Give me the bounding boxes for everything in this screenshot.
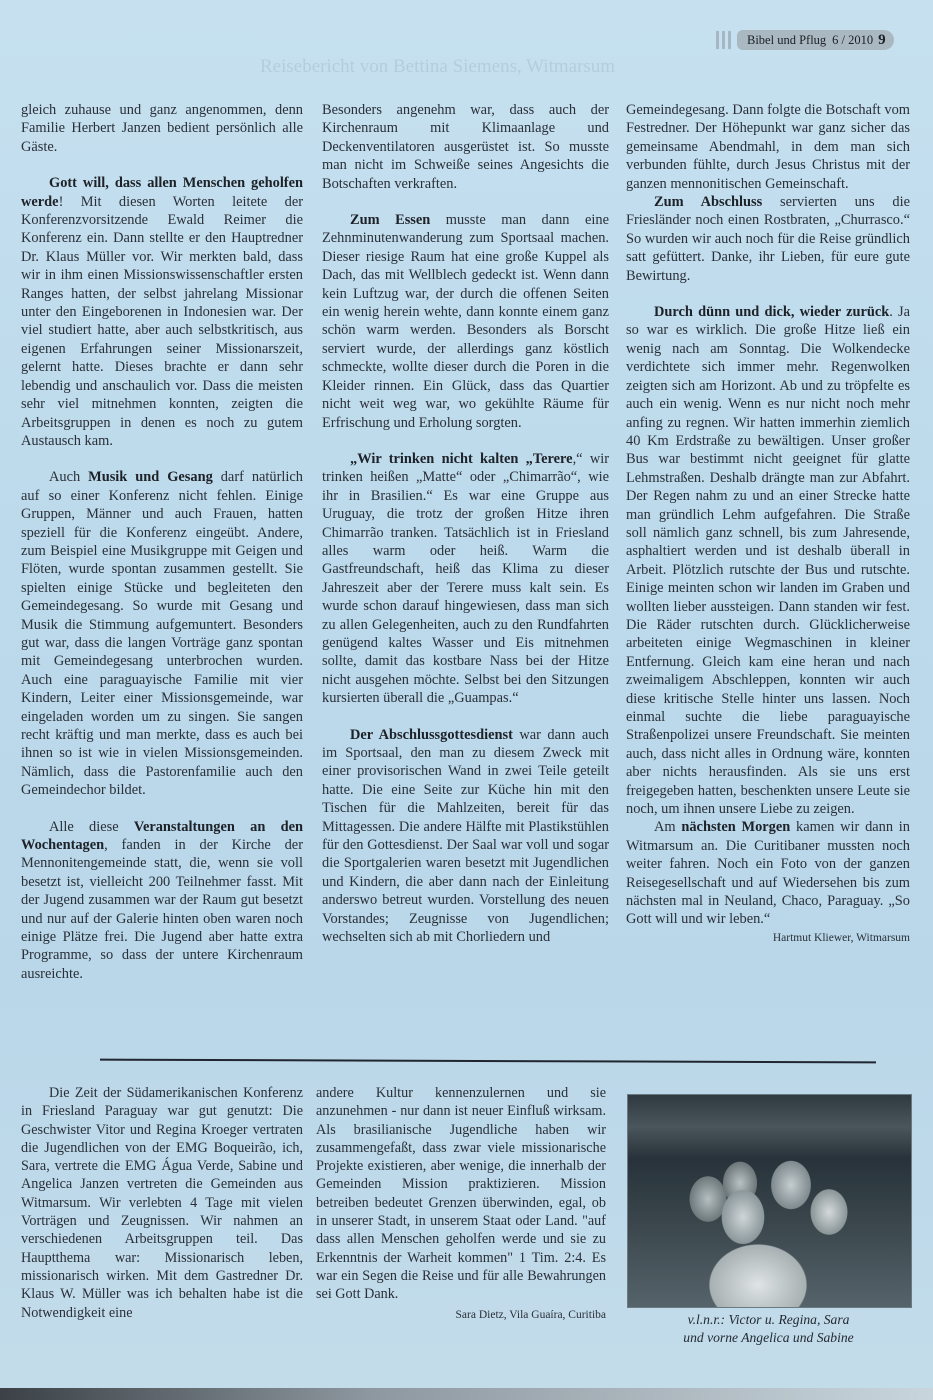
- group-photo: [627, 1094, 912, 1308]
- paragraph: Besonders angenehm war, dass auch der Ki…: [322, 101, 609, 193]
- article-column-2: Besonders angenehm war, dass auch der Ki…: [322, 101, 609, 946]
- paragraph: Gemeindegesang. Dann folgte die Botschaf…: [626, 101, 910, 193]
- author-signature: Sara Dietz, Vila Guaíra, Curitiba: [316, 1306, 606, 1324]
- paragraph: Gott will, dass allen Menschen geholfen …: [21, 174, 303, 450]
- paragraph: Der Abschlussgottesdienst war dann auch …: [322, 726, 609, 947]
- paragraph: Alle diese Veranstaltungen an den Wochen…: [21, 818, 303, 984]
- header-decoration: [716, 31, 731, 49]
- show-through-text: Reisebericht von Bettina Siemens, Witmar…: [260, 55, 660, 79]
- paragraph: Zum Essen musste man dann eine Zehnminut…: [322, 211, 609, 432]
- paragraph: Zum Abschluss servierten uns die Frieslä…: [626, 193, 910, 285]
- paragraph: andere Kultur kennenzulernen und sie anz…: [316, 1084, 606, 1304]
- page-header: Bibel und Pflug 6 / 2010 9: [716, 28, 916, 52]
- header-label: Bibel und Pflug 6 / 2010 9: [737, 30, 894, 50]
- lead-in: Musik und Gesang: [88, 469, 213, 485]
- lead-in: nächsten Morgen: [681, 819, 790, 835]
- paragraph: Auch Musik und Gesang darf natürlich auf…: [21, 468, 303, 799]
- author-signature: Hartmut Kliewer, Witmarsum: [626, 929, 910, 947]
- paragraph: Durch dünn und dick, wieder zurück. Ja s…: [626, 303, 910, 818]
- lead-in: Durch dünn und dick, wieder zurück: [654, 304, 889, 320]
- section-divider: [100, 1059, 876, 1064]
- page-number: 9: [878, 32, 886, 49]
- paragraph: Die Zeit der Südamerikanischen Konferenz…: [21, 1084, 303, 1322]
- paragraph: Am nächsten Morgen kamen wir dann in Wit…: [626, 818, 910, 928]
- article-column-1: gleich zuhause und ganz angenommen, denn…: [21, 101, 303, 983]
- lead-in: „Wir trinken nicht kalten „Terere: [350, 451, 573, 467]
- second-article-column-2: andere Kultur kennenzulernen und sie anz…: [316, 1084, 606, 1324]
- magazine-title: Bibel und Pflug: [747, 33, 826, 48]
- lead-in: Der Abschlussgottesdienst: [350, 727, 513, 743]
- paragraph: „Wir trinken nicht kalten „Terere,“ wir …: [322, 450, 609, 708]
- second-article-column-1: Die Zeit der Südamerikanischen Konferenz…: [21, 1084, 303, 1322]
- issue-number: 6 / 2010: [832, 33, 873, 48]
- paragraph: gleich zuhause und ganz angenommen, denn…: [21, 101, 303, 156]
- lead-in: Zum Abschluss: [654, 194, 762, 210]
- article-column-3: Gemeindegesang. Dann folgte die Botschaf…: [626, 101, 910, 947]
- photo-caption: v.l.n.r.: Victor u. Regina, Sara und vor…: [627, 1311, 910, 1347]
- page-edge: [0, 1388, 933, 1400]
- lead-in: Zum Essen: [350, 212, 430, 228]
